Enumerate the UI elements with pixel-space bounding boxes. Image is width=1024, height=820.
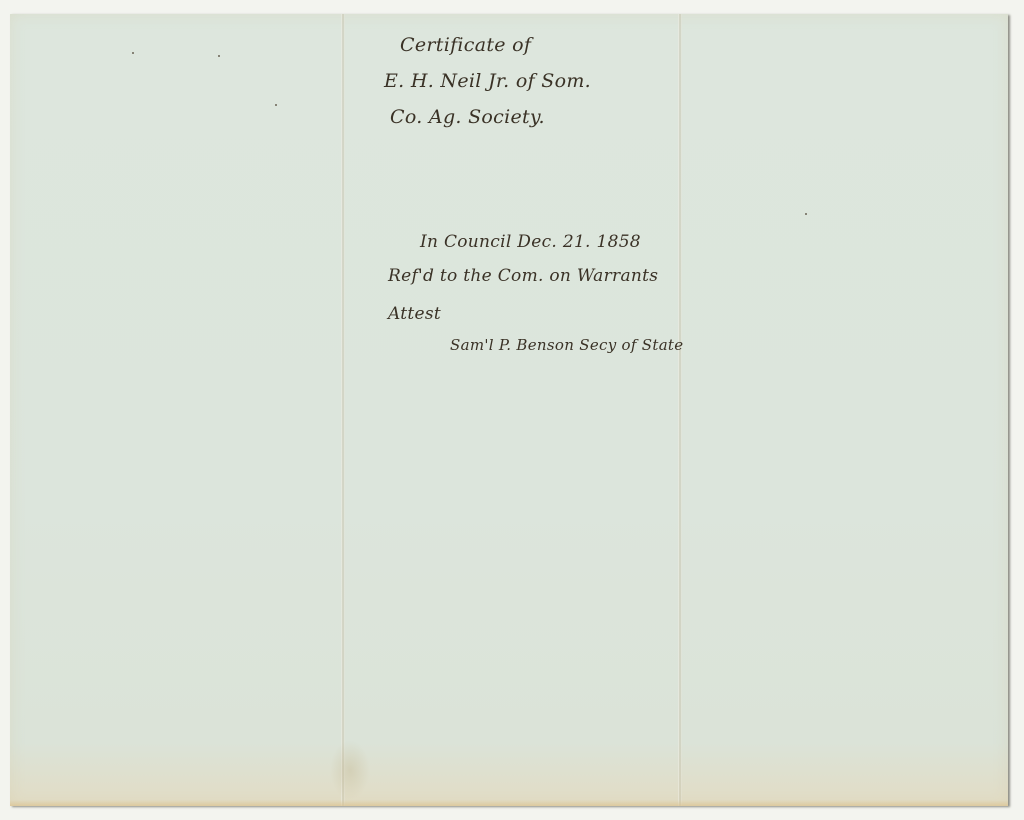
- document-page: Certificate of E. H. Neil Jr. of Som. Co…: [10, 14, 1008, 806]
- endorsement-signature: Sam'l P. Benson Secy of State: [450, 336, 683, 354]
- ink-speck: [132, 52, 134, 54]
- endorsement-date-line: In Council Dec. 21. 1858: [420, 232, 641, 252]
- ink-speck: [805, 213, 807, 215]
- fold-line-right: [678, 14, 682, 806]
- paper-stain: [330, 740, 370, 800]
- docket-line: Co. Ag. Society.: [390, 106, 545, 128]
- ink-speck: [218, 55, 220, 57]
- ink-speck: [275, 104, 277, 106]
- endorsement-attest-label: Attest: [388, 304, 441, 324]
- docket-line: E. H. Neil Jr. of Som.: [384, 70, 591, 92]
- docket-line: Certificate of: [400, 34, 531, 56]
- endorsement-referral-line: Ref'd to the Com. on Warrants: [388, 266, 658, 286]
- fold-line-left: [341, 14, 345, 806]
